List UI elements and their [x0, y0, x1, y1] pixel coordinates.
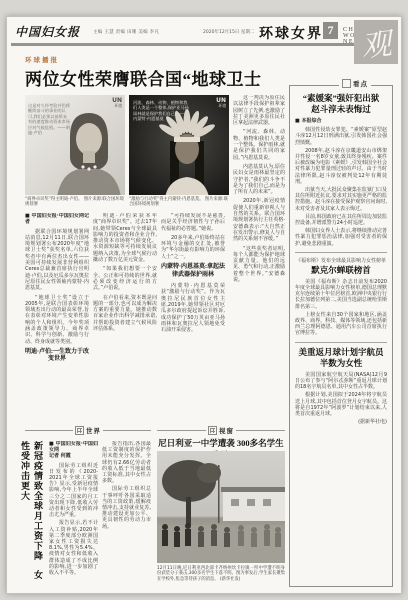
paragraph: 内恩基莫认为,原住民妇女是雨林最坚定的守护者,“我们的斗争不是为了我们自己,而是… [233, 164, 285, 195]
article-column-3: “可持续发展不是慈善,而是关乎经济韧性与子孙后代福祉的必答题。”她说。 20多年… [161, 213, 225, 421]
paragraph: 上榜女性来自30个国家和地区,涵盖政界、商界、科技、媒体等领域,还包括新西兰总理… [295, 312, 387, 337]
sidebar-headline-1a: “素媛案”强奸犯出狱 [295, 93, 387, 104]
sidebar-headline-3a: 美重返月球计划宇航员 [295, 347, 387, 358]
paragraph: 据联合国环境规划署网站消息,12月11日,联合国环境规划署公布2020年度“地球… [25, 229, 89, 292]
issue-date: 2020年12月15日 星期二 [203, 29, 254, 35]
section-label: 世界 [86, 426, 101, 435]
paragraph: 国际劳工组织近日发布的《2020-2021年全球工资报告》显示,受新冠疫情影响,… [49, 463, 98, 519]
article-subhead: 内蒙特·内恩基莫:拿起法律武器保护雨林 [161, 264, 225, 279]
paragraph: 韩国性侵幼女罪犯、“素媛案”原型赵斗淳12月12日刑满出狱,引发韩国社会强烈愤慨… [295, 127, 387, 146]
section-icon [75, 426, 84, 435]
paragraph: “如果我们想要一个安全、公正和可持续的世界,就必须改变经济运行的方式。”卢伯说。 [93, 266, 157, 291]
window-photo-caption: 12月11日晚,尼日利亚西北部卡齐纳州坎卡拉镇一所中学遭不明身份武装分子袭击,3… [157, 566, 285, 582]
sidebar-article-1: ■ 本报综合 韩国性侵幼女罪犯、“素媛案”原型赵斗淳12月12日刑满出狱,引发韩… [295, 118, 387, 247]
sidebar-separator [295, 342, 387, 343]
paragraph: 根据计划,美国拟于2024年将宇航员送上月球,其中包括首位登月女宇航员。这将是自… [295, 392, 387, 417]
paragraph: 报告指出,各国最低工资制度的保护作用未能充分发挥。全球仍有2.66亿劳动者的收入… [102, 441, 151, 484]
photo-caption-left: “商界卓识奖”得主明迪·卢伯。 图片来源:联合国环境规划署 [25, 197, 125, 208]
paragraph: 在卢伯看来,资本既是问题的一部分,也可以成为解决方案的重要力量。她推动数百家企业… [93, 295, 157, 333]
section-icon [342, 79, 351, 88]
editor-info: 主编 王慧 责编 田珊 美编 李凡 [93, 29, 159, 35]
portrait-silhouette [37, 97, 125, 195]
sidebar-article-2: 美国《福布斯》杂志日前发布2020年度全球最具影响力女性榜单,德国总理默克尔连续… [295, 279, 387, 337]
paragraph: 国际劳工组织总干事呼吁各国采取适当的工资政策,缓解疫情冲击,支持就业复苏,推动建… [102, 486, 151, 529]
photo-mindy-lubber: 这是对久经考验并仍将继续奋斗的事业的认可,我们必须以前所未有的速度推动资本市场应… [25, 95, 125, 195]
paragraph: 2008年,赵斗淳在京畿道安山市绑架并性侵一名8岁女童,致其终身残疾。案件后被改… [295, 148, 387, 185]
world-byline: ■ 中国妇女报·中国妇女网记者 何霞 [49, 441, 98, 460]
paragraph: “河流、森林、动物、植物和我们人类是一个整体。保护雨林,就是保护我们共同的家园。… [233, 129, 285, 160]
sidebar-headline-1b: 赵斗淳未表悔过 [295, 104, 387, 115]
sidebar-byline: ■ 本报综合 [295, 118, 387, 124]
calligraphy-corner-block: 观 [354, 20, 398, 64]
photo-caption-right: “激励与行动奖”得主内蒙特·内恩基莫。 图片来源:联合国环境规划署 [129, 197, 229, 208]
article-column-4: 这一判决为原住民以法律手段保护祖辈家园树立了先例,也激励了拉丁美洲更多原住民社区… [233, 95, 285, 421]
paragraph: 美国《福布斯》杂志日前发布2020年度全球最具影响力女性榜单,德国总理默克尔连续… [295, 279, 387, 310]
sidebar-tag-label: 看点 [353, 79, 368, 88]
paragraph: 目前,韩国政府已在其住所周边加装监控设备,并增派警力24小时巡逻。 [295, 214, 387, 226]
article-subhead: 明迪·卢伯:一生致力于改变世界 [25, 349, 89, 364]
sidebar-headline-3b: 半数为女性 [295, 358, 387, 369]
world-column-1: ■ 中国妇女报·中国妇女网记者 何霞 国际劳工组织近日发布的《2020-2021… [49, 441, 98, 587]
paragraph: “这些获奖者证明,每个人都能为保护地球贡献力量。他们的远见、勇气和行动,正激励着… [233, 246, 285, 284]
paragraph: 20多年来,卢伯始终站在环境与金融的交汇处,被誉为“华尔街最有影响力的环保人士”… [161, 235, 225, 260]
school-scene-illustration [157, 451, 285, 563]
portrait-silhouette [137, 97, 229, 195]
section-label: 视窗 [219, 426, 234, 435]
article-byline: ■ 中国妇女报·中国妇女网记者 [25, 213, 89, 226]
section-icon [208, 426, 217, 435]
section-divider-window: 视窗 [157, 425, 285, 435]
paragraph: 2020年,新冠疫情促使人们重新审视人与自然的关系。联合国环境规划署执行主任英格… [233, 198, 285, 242]
sidebar-tag: 看点 [339, 79, 371, 88]
article-column-2: 明迪·卢伯荣获本年度“商界卓识奖”。过去17年间,她带领Ceres与全球最具影响… [93, 213, 157, 421]
corner-character: 观 [359, 19, 393, 66]
section-divider-world: 世界 [25, 425, 151, 435]
paragraph: 韩国妇女界人士表示,将继续推动完善性暴力犯罪惩治法律,加强对受害者的保护,避免悲… [295, 228, 387, 247]
newspaper-scan: { "header": { "masthead": "中国妇女报", "info… [0, 0, 408, 600]
paragraph: 出狱当天,大批民众聚集在监狱门口及其住所附近抗议,要求对其实施更严格的监控措施。… [295, 187, 387, 212]
sidebar-article-3: 美国国家航空航天局(NASA)12月9日公布了参与“阿尔忒弥斯”重返月球计划的1… [295, 372, 387, 426]
paragraph: 美国国家航空航天局(NASA)12月9日公布了参与“阿尔忒弥斯”重返月球计划的1… [295, 372, 387, 391]
sidebar-headline-2: 默克尔蝉联榜首 [295, 265, 387, 276]
paragraph: 这一判决为原住民以法律手段保护祖辈家园树立了先例,也激励了拉丁美洲更多原住民社区… [233, 95, 285, 126]
section-title-cn: 环球女界 [259, 23, 323, 43]
masthead-logo: 中国妇女报 [15, 23, 80, 40]
page-number: 7 [323, 22, 338, 39]
paragraph: 内蒙特·内恩基莫荣获“激励与行动奖”。作为瓦奥拉尼民族首位女性主席,2019年,… [161, 283, 225, 333]
story-kicker: 环球播报 [25, 55, 59, 64]
paragraph: 明迪·卢伯荣获本年度“商界卓识奖”。过去17年间,她带领Ceres与全球最具影响… [93, 213, 157, 263]
paragraph: “地球卫士奖”设立于2005年,是联合国表彰环境领域杰出行动的最高荣誉,旨在表彰… [25, 295, 89, 345]
world-vertical-headline: 新冠疫情致全球月工资下降 女性受冲击更大 [25, 441, 45, 589]
wire-credit: (据新华社电) [295, 419, 387, 425]
paragraph: 报告显示,若不计入工资补贴,2020年第二季度部分欧洲国家女性工资损失达8.1%… [49, 520, 98, 576]
newspaper-page: 中国妇女报 主编 王慧 责编 田珊 美编 李凡 2020年12月15日 星期二 … [6, 16, 402, 594]
sidebar-separator [295, 252, 387, 253]
paragraph: “可持续发展不是慈善,而是关乎经济韧性与子孙后代福祉的必答题。”她说。 [161, 213, 225, 232]
sidebar-box: “素媛案”强奸犯出狱 赵斗淳未表悔过 ■ 本报综合 韩国性侵幼女罪犯、“素媛案”… [289, 85, 393, 587]
article-column-1: ■ 中国妇女报·中国妇女网记者 据联合国环境规划署网站消息,12月11日,联合国… [25, 213, 89, 421]
sidebar-kicker-2: 《福布斯》发布全球最具影响力女性榜单 [295, 257, 387, 264]
photo-nemonte-nenquimo: 河流、森林、动物、植物和我们人类是一个整体,保护亚马孙雨林就是保护我们自己。——… [129, 95, 229, 195]
news-photo-nigeria-school [157, 451, 285, 563]
header-rule [11, 43, 397, 46]
world-column-2: 报告指出,各国最低工资制度的保护作用未能充分发挥。全球仍有2.66亿劳动者的收入… [102, 441, 151, 587]
